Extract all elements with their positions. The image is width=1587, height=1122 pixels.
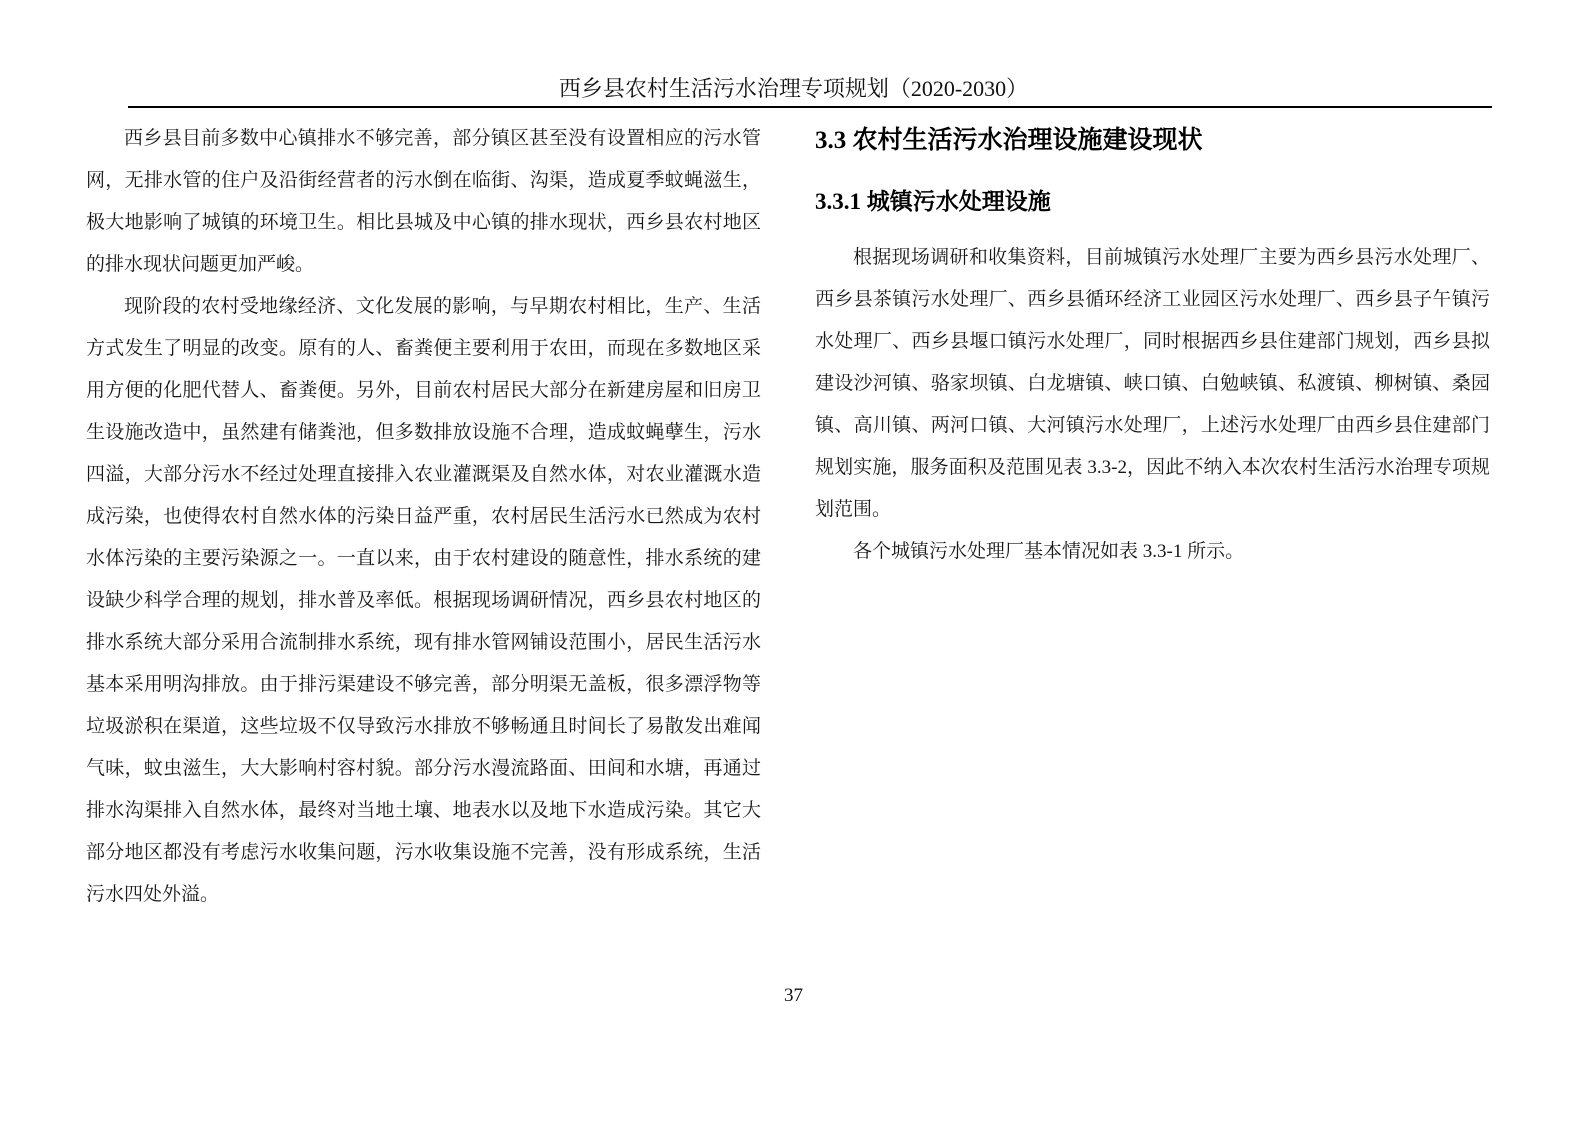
content-columns: 西乡县目前多数中心镇排水不够完善，部分镇区甚至没有设置相应的污水管网，无排水管的… — [86, 118, 1490, 916]
document-page: 西乡县农村生活污水治理专项规划（2020-2030） 西乡县目前多数中心镇排水不… — [0, 0, 1587, 1122]
left-paragraph-1: 西乡县目前多数中心镇排水不够完善，部分镇区甚至没有设置相应的污水管网，无排水管的… — [86, 118, 761, 286]
left-column: 西乡县目前多数中心镇排水不够完善，部分镇区甚至没有设置相应的污水管网，无排水管的… — [86, 118, 761, 916]
subsection-heading: 3.3.1 城镇污水处理设施 — [815, 187, 1490, 217]
page-footer: 37 — [0, 985, 1587, 1007]
header-rule — [128, 106, 1492, 108]
left-paragraph-2: 现阶段的农村受地缘经济、文化发展的影响，与早期农村相比，生产、生活方式发生了明显… — [86, 286, 761, 916]
page-number: 37 — [784, 985, 803, 1006]
section-heading: 3.3 农村生活污水治理设施建设现状 — [815, 124, 1490, 157]
right-paragraph-1: 根据现场调研和收集资料，目前城镇污水处理厂主要为西乡县污水处理厂、西乡县茶镇污水… — [815, 237, 1490, 531]
right-column: 3.3 农村生活污水治理设施建设现状 3.3.1 城镇污水处理设施 根据现场调研… — [815, 118, 1490, 916]
header-title: 西乡县农村生活污水治理专项规划（2020-2030） — [0, 76, 1587, 102]
right-paragraph-2: 各个城镇污水处理厂基本情况如表 3.3-1 所示。 — [815, 531, 1490, 573]
